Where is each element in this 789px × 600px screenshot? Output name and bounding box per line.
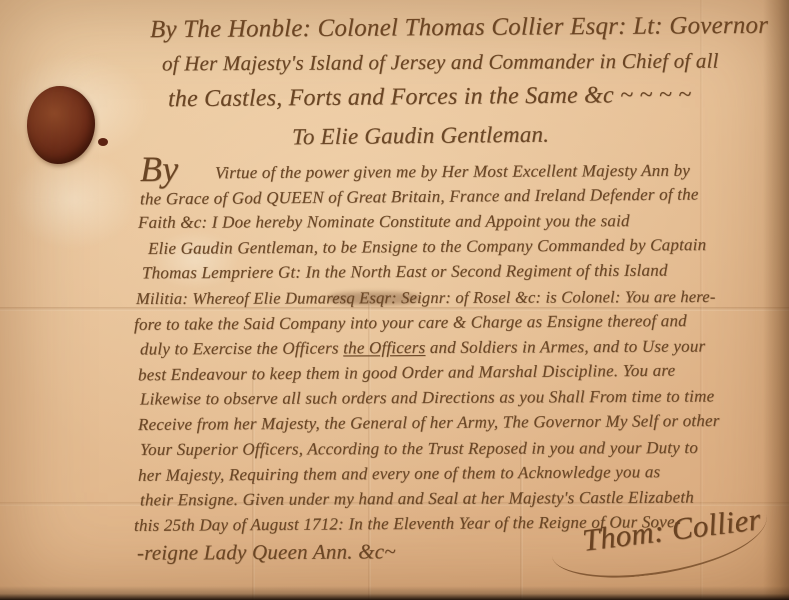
body-line: the Grace of God QUEEN of Great Britain,…: [140, 185, 699, 210]
body-line-7-pre: duly to Exercise the Officers: [140, 338, 343, 358]
body-line: best Endeavour to keep them in good Orde…: [138, 361, 675, 386]
body-line: Receive from her Majesty, the General of…: [138, 411, 720, 435]
body-line: their Ensigne. Given under my hand and S…: [140, 488, 694, 511]
wax-seal-fragment: [98, 138, 108, 146]
body-initial-flourish: By: [140, 148, 178, 190]
body-line: Thomas Lempriere Gt: In the North East o…: [142, 261, 668, 284]
body-line: Your Superior Officers, According to the…: [140, 438, 698, 460]
header-line-1: By The Honble: Colonel Thomas Collier Es…: [150, 12, 768, 44]
page-bottom-edge-shadow: [0, 586, 789, 600]
body-line: Virtue of the power given me by Her Most…: [215, 161, 690, 183]
salutation-line: To Elie Gaudin Gentleman.: [292, 122, 549, 151]
body-line: Elie Gaudin Gentleman, to be Ensigne to …: [148, 235, 706, 259]
body-line: duly to Exercise the Officers the Office…: [140, 337, 705, 360]
paper-abrasion: [8, 150, 138, 250]
body-line: Likewise to observe all such orders and …: [140, 386, 714, 409]
page-right-edge-shadow: [763, 0, 789, 600]
body-line: fore to take the Said Company into your …: [134, 311, 687, 335]
body-line-7-post: and Soldiers in Armes, and to Use your: [425, 337, 705, 357]
body-line: -reigne Lady Queen Ann. &c~: [137, 539, 396, 565]
underlined-phrase: the Officers: [343, 338, 425, 357]
body-line: Militia: Whereof Elie Dumaresq Esqr: Sei…: [136, 287, 716, 309]
body-line: Faith &c: I Doe hereby Nominate Constitu…: [138, 211, 630, 233]
photograph-of-document: By The Honble: Colonel Thomas Collier Es…: [0, 0, 789, 600]
header-line-3: the Castles, Forts and Forces in the Sam…: [168, 82, 692, 114]
header-line-2: of Her Majesty's Island of Jersey and Co…: [162, 49, 719, 77]
body-line: her Majesty, Requiring them and every on…: [138, 462, 660, 486]
